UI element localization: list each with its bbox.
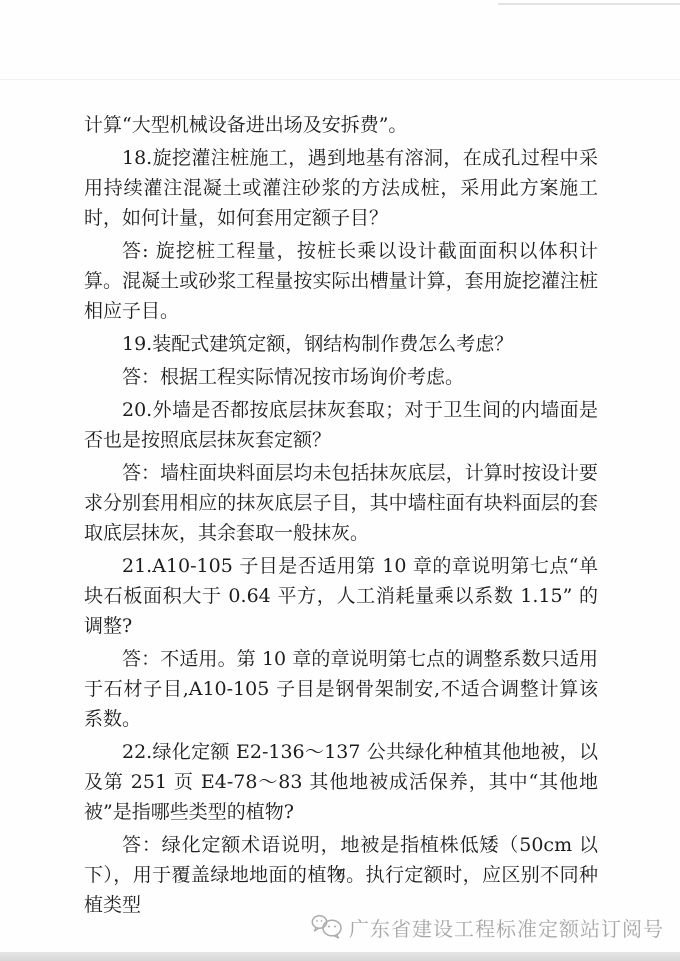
document-body: 计算“大型机械设备进出场及安拆费”。 18.旋挖灌注桩施工，遇到地基有溶洞，在成…: [84, 110, 598, 923]
scanned-document-page: 计算“大型机械设备进出场及安拆费”。 18.旋挖灌注桩施工，遇到地基有溶洞，在成…: [0, 0, 680, 961]
page-number: 6: [84, 868, 598, 884]
scan-artifact-mid-line: [0, 79, 680, 80]
watermark-text: 广东省建设工程标准定额站订阅号: [349, 913, 664, 942]
subscription-watermark: 广东省建设工程标准定额站订阅号: [310, 912, 664, 942]
question-20: 20.外墙是否都按底层抹灰套取；对于卫生间的内墙面是否也是按照底层抹灰套定额？: [84, 395, 598, 455]
scan-artifact-bottom-edge: [0, 952, 680, 961]
question-18: 18.旋挖灌注桩施工，遇到地基有溶洞，在成孔过程中采用持续灌注混凝土或灌注砂浆的…: [84, 143, 598, 233]
paragraph-continuation: 计算“大型机械设备进出场及安拆费”。: [84, 110, 598, 140]
answer-20: 答：墙柱面块料面层均未包括抹灰底层，计算时按设计要求分别套用相应的抹灰底层子目，…: [84, 458, 598, 548]
scan-artifact-top-line: [498, 3, 680, 5]
answer-21: 答：不适用。第 10 章的章说明第七点的调整系数只适用于石材子目,A10-105…: [84, 644, 598, 734]
question-21: 21.A10-105 子目是否适用第 10 章的章说明第七点“单块石板面积大于 …: [84, 551, 598, 641]
wechat-icon: [310, 912, 344, 942]
question-19: 19.装配式建筑定额，钢结构制作费怎么考虑？: [84, 329, 598, 359]
question-22: 22.绿化定额 E2-136～137 公共绿化种植其他地被，以及第 251 页 …: [84, 737, 598, 827]
answer-18: 答: 旋挖桩工程量，按桩长乘以设计截面面积以体积计算。混凝土或砂浆工程量按实际出…: [84, 236, 598, 326]
answer-19: 答：根据工程实际情况按市场询价考虑。: [84, 362, 598, 392]
